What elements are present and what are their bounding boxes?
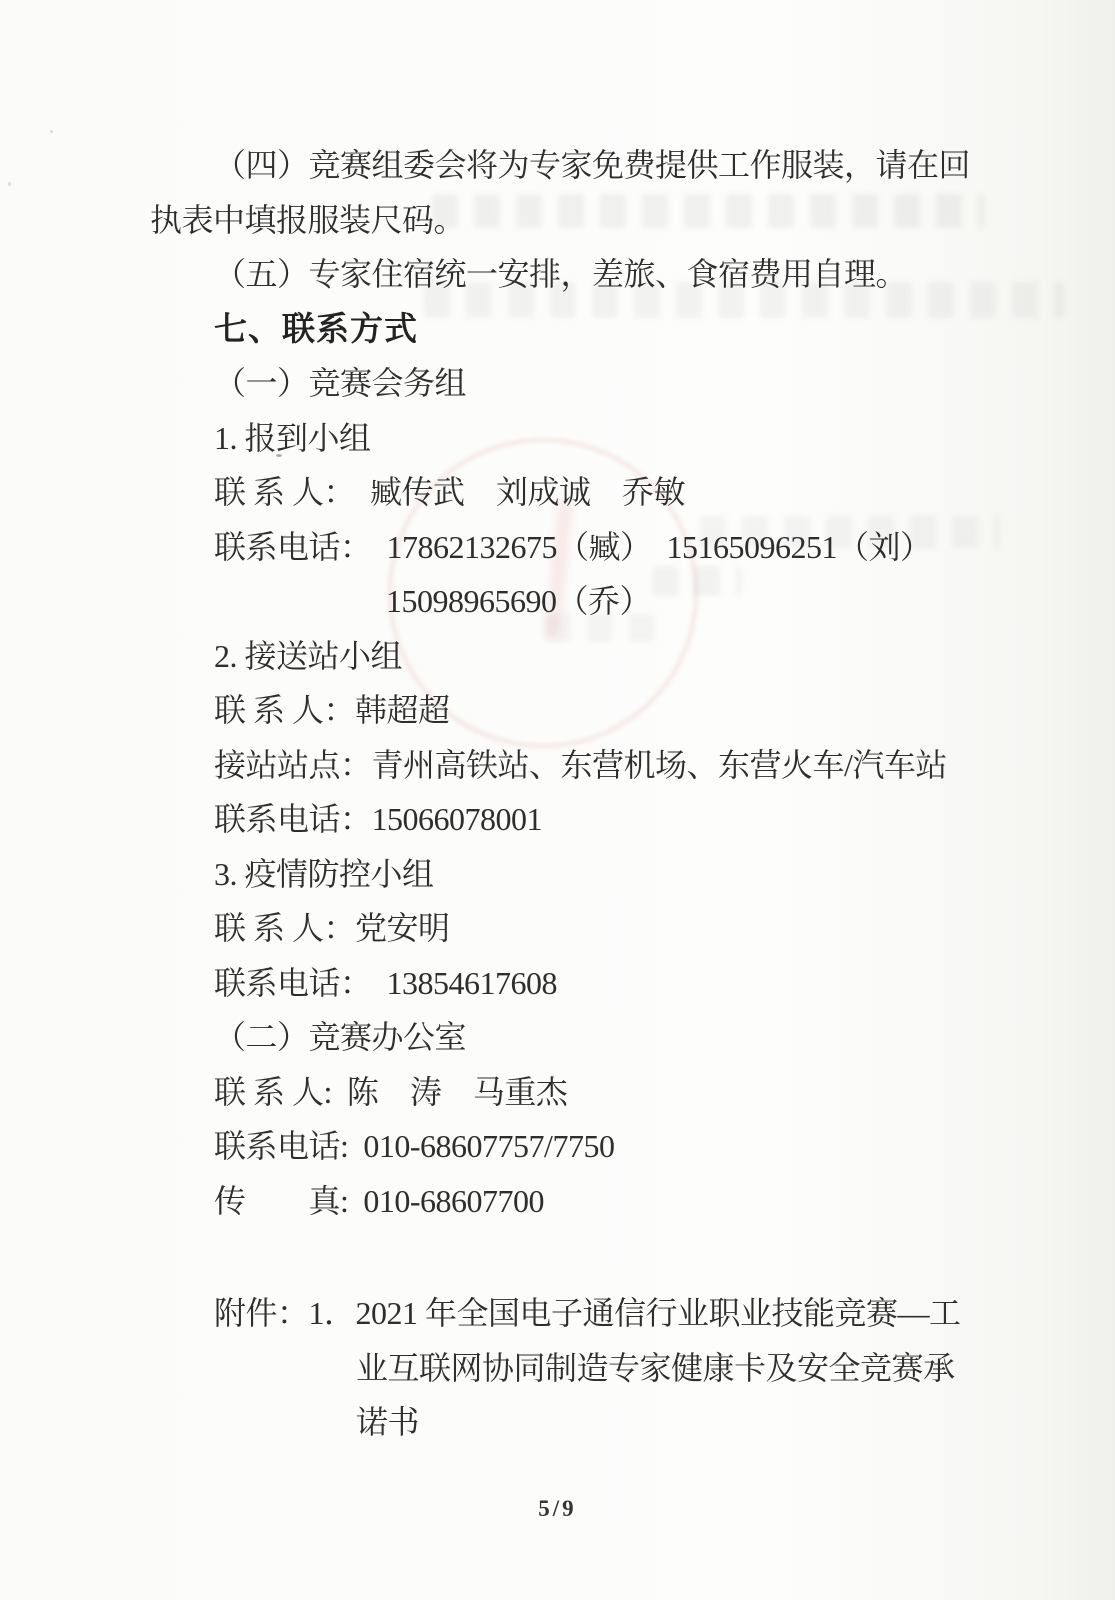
contact-phone-line: 联系电话： 13854617608	[150, 956, 990, 1011]
scan-speck	[50, 130, 53, 133]
contact-phone-line: 联系电话： 17862132675（臧） 15165096251（刘）	[150, 520, 990, 575]
paragraph-line: （五）专家住宿统一安排，差旅、食宿费用自理。	[150, 247, 990, 302]
contact-phone-line: 联系电话: 010-68607757/7750	[150, 1119, 990, 1174]
paragraph-line: 执表中填报服装尺码。	[150, 193, 990, 248]
subsection-heading: （一）竞赛会务组	[150, 356, 990, 411]
document-body: （四）竞赛组委会将为专家免费提供工作服装，请在回 执表中填报服装尺码。 （五）专…	[150, 138, 990, 1450]
fax-line: 传 真: 010-68607700	[150, 1174, 990, 1229]
block-gap	[150, 1228, 990, 1286]
scanned-document-page: （四）竞赛组委会将为专家免费提供工作服装，请在回 执表中填报服装尺码。 （五）专…	[0, 0, 1115, 1600]
subsection-heading: （二）竞赛办公室	[150, 1010, 990, 1065]
contact-person-line: 联 系 人：党安明	[150, 901, 990, 956]
contact-person-line: 联 系 人： 臧传武 刘成诚 乔敏	[150, 465, 990, 520]
contact-phone-line: 联系电话：15066078001	[150, 792, 990, 847]
page-number: 5/9	[0, 1496, 1115, 1522]
contact-person-line: 联 系 人：韩超超	[150, 683, 990, 738]
section-heading: 七、联系方式	[150, 302, 990, 357]
attachment-line: 附件：1．2021 年全国电子通信行业职业技能竞赛—工	[150, 1286, 990, 1341]
attachment-line: 业互联网协同制造专家健康卡及安全竞赛承	[150, 1341, 990, 1396]
attachment-line: 诺书	[150, 1395, 990, 1450]
pickup-stations-line: 接站站点：青州高铁站、东营机场、东营火车/汽车站	[150, 738, 990, 793]
group-title: 3. 疫情防控小组	[150, 847, 990, 902]
paragraph-line: （四）竞赛组委会将为专家免费提供工作服装，请在回	[150, 138, 990, 193]
group-title: 2. 接送站小组	[150, 629, 990, 684]
contact-phone-line: 15098965690（乔）	[150, 574, 990, 629]
group-title: 1. 报到小组	[150, 411, 990, 466]
scan-speck	[8, 182, 11, 186]
contact-person-line: 联 系 人: 陈 涛 马重杰	[150, 1065, 990, 1120]
